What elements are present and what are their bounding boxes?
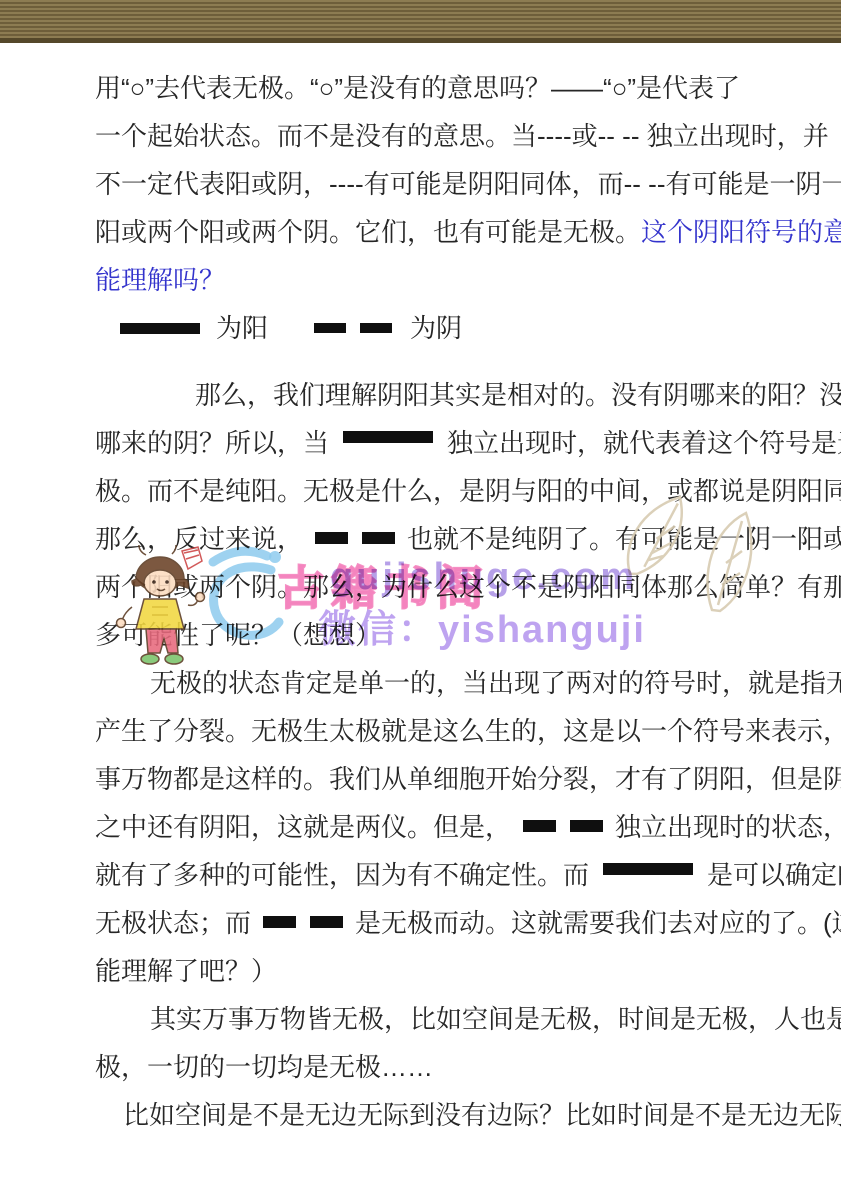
- text-line: 就有了多种的可能性，因为有不确定性。而是可以确定的: [95, 851, 755, 899]
- body-text: 极。而不是纯阳。无极是什么，是阴与阳的中间，或都说是阴阳同体。: [95, 476, 841, 506]
- body-text: 独立出现时，就代表着这个符号是无: [447, 428, 841, 458]
- body-text: 能理解了吧？）: [95, 956, 277, 986]
- highlighted-text: 能理解吗？: [95, 265, 225, 295]
- body-text: 那么，反过来说，: [95, 524, 303, 554]
- body-text: 无极的状态肯定是单一的，当出现了两对的符号时，就是指无极: [150, 668, 841, 698]
- body-text: 一个起始状态。而不是没有的意思。当----或-- -- 独立出现时，并: [95, 121, 829, 151]
- body-text: 那么，我们理解阴阳其实是相对的。没有阴哪来的阳？没有阳，: [195, 380, 841, 410]
- body-text: 无极状态；而: [95, 908, 251, 938]
- body-text: 两个阳或两个阴。那么，为什么这个不是阴阳同体那么简单？有那么: [95, 572, 841, 602]
- body-text: 其实万事万物皆无极，比如空间是无极，时间是无极，人也是无: [150, 1004, 841, 1034]
- yin-bar-icon: [314, 323, 392, 333]
- text-line: 产生了分裂。无极生太极就是这么生的，这是以一个符号来表示，万: [95, 707, 755, 755]
- highlighted-text: 这个阴阳符号的意思: [641, 217, 841, 247]
- text-line: 两个阳或两个阴。那么，为什么这个不是阴阳同体那么简单？有那么: [95, 563, 755, 611]
- text-line: 不一定代表阳或阴，----有可能是阴阳同体，而-- --有可能是一阴一: [95, 160, 755, 208]
- body-text: 用“○”去代表无极。“○”是没有的意思吗？——“○”是代表了: [95, 73, 740, 103]
- text-line: 无极的状态肯定是单一的，当出现了两对的符号时，就是指无极: [95, 659, 755, 707]
- body-text: 不一定代表阳或阴，----有可能是阴阳同体，而-- --有可能是一阴一: [95, 169, 841, 199]
- text-line: 事万物都是这样的。我们从单细胞开始分裂，才有了阴阳，但是阴阳: [95, 755, 755, 803]
- body-text: 就有了多种的可能性，因为有不确定性。而: [95, 860, 589, 890]
- body-text: 为阴: [410, 304, 462, 352]
- body-text: 也就不是纯阴了。有可能是一阴一阳或: [407, 524, 841, 554]
- text-line: 极。而不是纯阳。无极是什么，是阴与阳的中间，或都说是阴阳同体。: [95, 467, 755, 515]
- body-text: 哪来的阴？所以，当: [95, 428, 329, 458]
- yin-bar-icon: [315, 532, 395, 544]
- text-line: 一个起始状态。而不是没有的意思。当----或-- -- 独立出现时，并: [95, 112, 755, 160]
- text-line: 之中还有阴阳，这就是两仪。但是，独立出现时的状态，: [95, 803, 755, 851]
- body-text: 多可能性了呢？（想想）: [95, 620, 381, 650]
- body-text: 事万物都是这样的。我们从单细胞开始分裂，才有了阴阳，但是阴阳: [95, 764, 841, 794]
- text-line: 其实万事万物皆无极，比如空间是无极，时间是无极，人也是无: [95, 995, 755, 1043]
- body-text: 比如空间是不是无边无际到没有边际？比如时间是不是无边无际: [123, 1100, 841, 1130]
- yin-bar-icon: [263, 916, 343, 928]
- body-text: 是无极而动。这就需要我们去对应的了。(这: [355, 908, 841, 938]
- text-line: 那么，反过来说，也就不是纯阴了。有可能是一阴一阳或: [95, 515, 755, 563]
- text-line: 能理解了吧？）: [95, 947, 755, 995]
- document-page: 用“○”去代表无极。“○”是没有的意思吗？——“○”是代表了一个起始状态。而不是…: [0, 0, 841, 1196]
- body-text: 之中还有阴阳，这就是两仪。但是，: [95, 812, 511, 842]
- body-text: 是可以确定的: [707, 860, 841, 890]
- text-line: 哪来的阴？所以，当独立出现时，就代表着这个符号是无: [95, 419, 755, 467]
- symbol-legend-line: 为阳为阴: [95, 304, 755, 352]
- text-line: 能理解吗？: [95, 256, 755, 304]
- text-line: 阳或两个阳或两个阴。它们，也有可能是无极。这个阴阳符号的意思: [95, 208, 755, 256]
- text-line: 用“○”去代表无极。“○”是没有的意思吗？——“○”是代表了: [95, 64, 755, 112]
- body-text: 独立出现时的状态，: [615, 812, 841, 842]
- text-line: 那么，我们理解阴阳其实是相对的。没有阴哪来的阳？没有阳，: [95, 371, 755, 419]
- yang-bar-icon: [120, 323, 200, 334]
- body-text: 为阳: [216, 304, 268, 352]
- yang-bar-icon: [343, 431, 433, 443]
- body-text: 阳或两个阳或两个阴。它们，也有可能是无极。: [95, 217, 641, 247]
- text-line: 无极状态；而是无极而动。这就需要我们去对应的了。(这: [95, 899, 755, 947]
- yin-bar-icon: [523, 820, 603, 832]
- text-line: 多可能性了呢？（想想）: [95, 611, 755, 659]
- text-line: 比如空间是不是无边无际到没有边际？比如时间是不是无边无际: [95, 1091, 755, 1139]
- header-stripe-bar: [0, 0, 841, 43]
- body-text: 产生了分裂。无极生太极就是这么生的，这是以一个符号来表示，万: [95, 716, 841, 746]
- yang-bar-icon: [603, 863, 693, 875]
- body-text: 极，一切的一切均是无极……: [95, 1052, 433, 1082]
- document-body: 用“○”去代表无极。“○”是没有的意思吗？——“○”是代表了一个起始状态。而不是…: [95, 64, 755, 1139]
- text-line: 极，一切的一切均是无极……: [95, 1043, 755, 1091]
